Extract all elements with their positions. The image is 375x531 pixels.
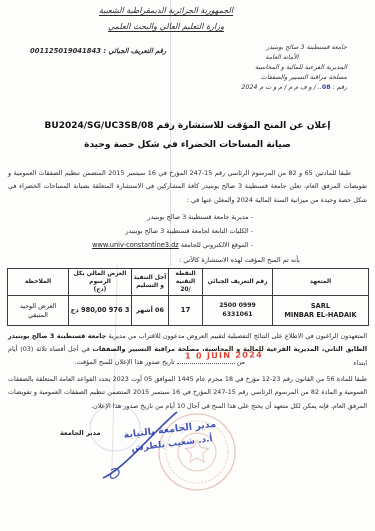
list-item: - الكليات التابعة لجامعة قسنطينة 3 صالح … [92,224,253,238]
org-service: مصلحة مراقبة التسيير والصفقات [217,73,347,83]
offer-line2: (دج) [94,287,107,293]
intro-paragraph: طبقا للمادتين 65 و 82 من المرسوم الرئاسي… [8,167,367,207]
tax-id-value: 001125019041843 [30,47,101,55]
org-finance-subdirectorate: المديرية الفرعية للمالية و المحاسبة [217,63,347,73]
list-item: - مديرية جامعة قسنطينة 3 صالح بوبنيدر [92,210,253,224]
cell-contractor: SARLMINBAR EL-HADAIK [273,296,369,326]
contractor-line2: MINBAR EL-HADAIK [284,311,356,319]
tech-score-line1: النقطة التقنية [175,271,195,285]
award-intro-line: بأنه تم المنح المؤقت لهذه الاستشارة كالآ… [179,256,300,264]
acting-director-stamp: مدير الجامعة بالنيابة أ.د. شعيب بلطرش [123,419,219,455]
header-ministry: وزارة التعليم العالي والبحث العلمي [0,22,332,31]
announced-in-list: - مديرية جامعة قسنطينة 3 صالح بوبنيدر - … [92,210,253,252]
handwritten-ref-number: 08 [322,84,331,91]
contractor-line1: SARL [311,302,330,310]
tax-id-line: رقم التعريف الجبائي : 001125019041843 [30,47,166,55]
table-row: SARLMINBAR EL-HADAIK 0999 2500 6331061 1… [8,296,369,326]
scanned-announcement-document: { "doc": { "header": { "republic": "الجم… [0,0,375,531]
col-financial-offer: العرض المالي بكل الرسوم(دج) [69,269,132,296]
org-university: جامعة قسنطينة 3 صالح بوبنيدر [217,43,347,53]
signature-stamps: مدير الجامعة بالنيابة أ.د. شعيب بلطرش [85,400,260,500]
date-stamp: 1 0 JUIN 2024 [185,349,263,360]
university-website-url: www.univ-constantine3.dz [92,241,179,249]
website-label: - الموقع الالكتروني للجامعة [181,241,253,249]
cell-tax-id: 0999 2500 6331061 [203,296,273,326]
cell-financial-offer: 3 976 980,00 دج [69,296,132,326]
cell-deadline: 06 أشهر [132,296,169,326]
cell-technical-score: 17 [169,296,203,326]
announcement-title: إعلان عن المنح المؤقت للاستشارة رقم BU20… [0,121,375,131]
col-technical-score: النقطة التقنية/20 [169,269,203,296]
announcement-subtitle: صيانة المساحات الخضراء في شكل حصة وحيدة [0,140,375,150]
results-line3-suffix: تاريخ صدور هذا الإعلان للمنح المؤقت. [75,358,175,366]
col-contractor: المتعهد [273,269,369,296]
header-republic: الجمهورية الجزائرية الديمقراطية الشعبية [0,6,332,15]
org-secretariat: الأمانة العامة [217,53,347,63]
deadline-line2: و التسليم [136,283,164,289]
cell-note: العرض الوحيد المتبقي [8,296,69,326]
col-note: الملاحظة [8,269,69,296]
ref-label: رقم : [333,84,347,91]
header-ministry-text: وزارة التعليم العالي والبحث العلمي [108,22,224,31]
ref-rest: .. / و ف م م / م و ت م 2024 [241,84,321,91]
org-reference-number: رقم : 08.. / و ف م م / م و ت م 2024 [217,83,347,93]
offer-line1: العرض المالي بكل الرسوم [74,271,127,285]
org-block: جامعة قسنطينة 3 صالح بوبنيدر الأمانة الع… [217,43,347,93]
tech-score-line2: /20 [180,287,190,293]
col-deadline: آجل التنفيذو التسليم [132,269,169,296]
list-item: - الموقع الالكتروني للجامعة www.univ-con… [92,238,253,252]
deadline-line1: آجل التنفيذ [134,275,167,281]
col-tax-id: رقم التعريف الجبائي [203,269,273,296]
results-part1: المتعهدون الراغبون في الاطلاع على النتائ… [109,332,367,340]
header-republic-text: الجمهورية الجزائرية الديمقراطية الشعبية [99,6,233,15]
award-table: المتعهد رقم التعريف الجبائي النقطة التقن… [7,268,369,326]
table-header-row: المتعهد رقم التعريف الجبائي النقطة التقن… [8,269,369,296]
tax-id-label: رقم التعريف الجبائي : [103,47,166,55]
